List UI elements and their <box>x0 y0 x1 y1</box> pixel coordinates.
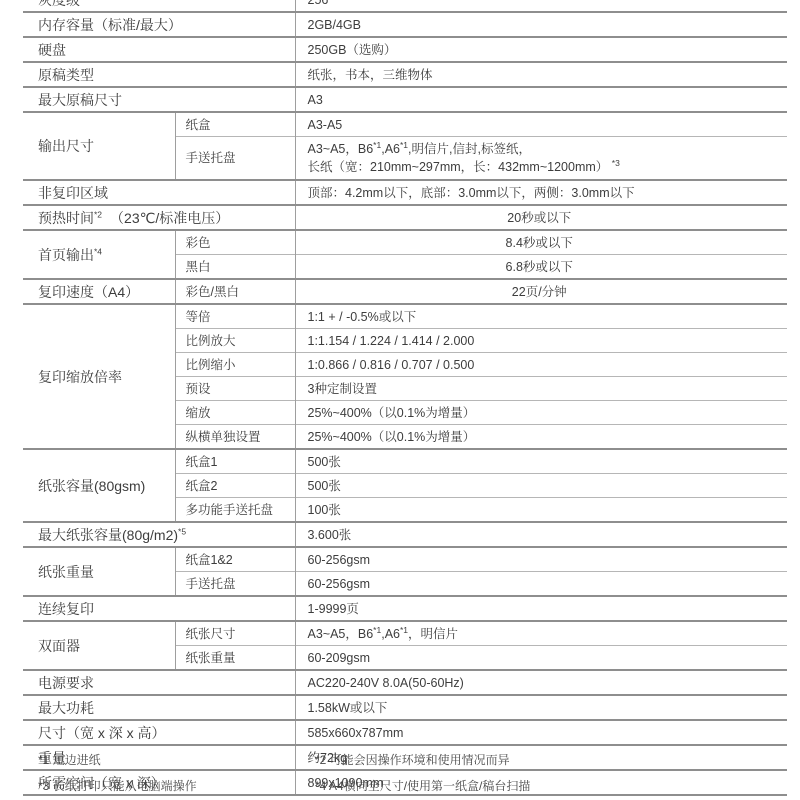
footnote: *3 长纸打印只能从电脑端操作 <box>38 779 315 793</box>
row-value: 1-9999页 <box>295 596 787 621</box>
table-row: 复印缩放倍率 等倍 1:1 + / -0.5%或以下 <box>23 304 787 329</box>
superscript: *1 <box>373 140 381 150</box>
superscript: *3 <box>612 158 620 168</box>
value-text: 长纸（宽：210mm~297mm，长：432mm~1200mm） <box>308 160 609 174</box>
row-value: 1:0.866 / 0.816 / 0.707 / 0.500 <box>295 353 787 377</box>
table-row: 最大原稿尺寸 A3 <box>23 87 787 112</box>
table-row: 最大功耗 1.58kW或以下 <box>23 695 787 720</box>
value-text: ,A6 <box>381 142 400 156</box>
footnotes: *1 短边进纸 *2 可能会因操作环境和使用情况而异 *3 长纸打印只能从电脑端… <box>38 753 768 793</box>
row-sublabel: 预设 <box>175 377 295 401</box>
row-value: 8.4秒或以下 <box>295 230 787 255</box>
row-value: A3 <box>295 87 787 112</box>
table-row: 纸张容量(80gsm) 纸盒1 500张 <box>23 449 787 474</box>
row-label: 首页输出*4 <box>23 230 175 279</box>
row-value: 585x660x787mm <box>295 720 787 745</box>
clipped-label: 灰度级 <box>38 0 291 11</box>
row-label: 连续复印 <box>23 596 295 621</box>
row-value: 顶部：4.2mm以下，底部：3.0mm以下，两侧：3.0mm以下 <box>295 180 787 205</box>
row-label: 最大功耗 <box>23 695 295 720</box>
row-label: 尺寸（宽 x 深 x 高） <box>23 720 295 745</box>
superscript: *4 <box>94 246 102 256</box>
footnote: *2 可能会因操作环境和使用情况而异 <box>315 753 768 767</box>
row-sublabel: 等倍 <box>175 304 295 329</box>
table-row: 非复印区域 顶部：4.2mm以下，底部：3.0mm以下，两侧：3.0mm以下 <box>23 180 787 205</box>
superscript: *1 <box>373 624 381 634</box>
table-row: 双面器 纸张尺寸 A3~A5，B6*1,A6*1，明信片 <box>23 621 787 646</box>
row-value: A3-A5 <box>295 112 787 137</box>
row-sublabel: 纸张重量 <box>175 646 295 671</box>
row-sublabel: 纸盒2 <box>175 474 295 498</box>
footnote: *1 短边进纸 <box>38 753 315 767</box>
row-sublabel: 缩放 <box>175 401 295 425</box>
row-value: 3种定制设置 <box>295 377 787 401</box>
row-value: 60-209gsm <box>295 646 787 671</box>
row-value: 100张 <box>295 498 787 523</box>
label-text: 首页输出 <box>38 247 94 263</box>
row-value: 纸张，书本，三维物体 <box>295 62 787 87</box>
row-value: AC220-240V 8.0A(50-60Hz) <box>295 670 787 695</box>
row-value: 500张 <box>295 449 787 474</box>
table-row: 尺寸（宽 x 深 x 高） 585x660x787mm <box>23 720 787 745</box>
row-value: A3~A5，B6*1,A6*1,明信片,信封,标签纸， 长纸（宽：210mm~2… <box>295 137 787 181</box>
row-value: A3~A5，B6*1,A6*1，明信片 <box>295 621 787 646</box>
clipped-value: 256 <box>308 0 784 11</box>
row-sublabel: 比例缩小 <box>175 353 295 377</box>
row-label: 内存容量（标准/最大） <box>23 12 295 37</box>
value-text: 256 <box>308 0 784 10</box>
value-line: A3~A5，B6*1,A6*1,明信片,信封,标签纸， <box>308 140 784 158</box>
table-row: 复印速度（A4） 彩色/黑白 22页/分钟 <box>23 279 787 304</box>
row-label: 复印速度（A4） <box>23 279 175 304</box>
row-label: 最大纸张容量(80g/m2)*5 <box>23 522 295 547</box>
value-text: ,明信片,信封,标签纸， <box>408 142 531 156</box>
row-sublabel: 手送托盘 <box>175 572 295 597</box>
table-row: 原稿类型 纸张，书本，三维物体 <box>23 62 787 87</box>
row-sublabel: 彩色/黑白 <box>175 279 295 304</box>
row-sublabel: 纵横单独设置 <box>175 425 295 450</box>
row-label: 复印缩放倍率 <box>23 304 175 449</box>
row-value: 20秒或以下 <box>295 205 787 230</box>
row-sublabel: 手送托盘 <box>175 137 295 181</box>
row-value: 60-256gsm <box>295 572 787 597</box>
label-text: 灰度级 <box>38 0 291 10</box>
table-row: 硬盘 250GB（选购） <box>23 37 787 62</box>
row-value: 500张 <box>295 474 787 498</box>
spec-table: 灰度级 256 内存容量（标准/最大） 2GB/4GB 硬盘 250GB（选购）… <box>23 0 787 796</box>
value-text: ,A6 <box>381 627 400 641</box>
row-value: 22页/分钟 <box>295 279 787 304</box>
row-label: 纸张重量 <box>23 547 175 596</box>
row-label: 双面器 <box>23 621 175 670</box>
row-label: 最大原稿尺寸 <box>23 87 295 112</box>
row-value: 25%~400%（以0.1%为增量） <box>295 401 787 425</box>
row-value: 25%~400%（以0.1%为增量） <box>295 425 787 450</box>
row-label: 输出尺寸 <box>23 112 175 180</box>
row-value: 1:1.154 / 1.224 / 1.414 / 2.000 <box>295 329 787 353</box>
row-sublabel: 彩色 <box>175 230 295 255</box>
row-sublabel: 纸盒 <box>175 112 295 137</box>
table-row: 首页输出*4 彩色 8.4秒或以下 <box>23 230 787 255</box>
label-text: （23℃/标准电压） <box>110 210 229 226</box>
value-text: A3~A5，B6 <box>308 627 374 641</box>
superscript: *5 <box>178 526 186 536</box>
row-value: 6.8秒或以下 <box>295 255 787 280</box>
table-row: 输出尺寸 纸盒 A3-A5 <box>23 112 787 137</box>
table-row: 纸张重量 纸盒1&2 60-256gsm <box>23 547 787 572</box>
label-text: 预热时间 <box>38 210 94 226</box>
superscript: *1 <box>400 140 408 150</box>
row-label: 原稿类型 <box>23 62 295 87</box>
table-row: 灰度级 256 <box>23 0 787 12</box>
table-row: 连续复印 1-9999页 <box>23 596 787 621</box>
row-sublabel: 比例放大 <box>175 329 295 353</box>
row-sublabel: 黑白 <box>175 255 295 280</box>
superscript: *1 <box>400 624 408 634</box>
row-value: 1:1 + / -0.5%或以下 <box>295 304 787 329</box>
table-row: 电源要求 AC220-240V 8.0A(50-60Hz) <box>23 670 787 695</box>
row-value: 3.600张 <box>295 522 787 547</box>
row-value: 1.58kW或以下 <box>295 695 787 720</box>
table-row: 最大纸张容量(80g/m2)*5 3.600张 <box>23 522 787 547</box>
row-sublabel: 纸张尺寸 <box>175 621 295 646</box>
superscript: *2 <box>94 209 102 219</box>
label-text: 最大纸张容量(80g/m2) <box>38 527 178 543</box>
row-label: 预热时间*2（23℃/标准电压） <box>23 205 295 230</box>
table-row: 内存容量（标准/最大） 2GB/4GB <box>23 12 787 37</box>
row-sublabel: 多功能手送托盘 <box>175 498 295 523</box>
row-label: 纸张容量(80gsm) <box>23 449 175 522</box>
row-value: 256 <box>295 0 787 12</box>
table-row: 预热时间*2（23℃/标准电压） 20秒或以下 <box>23 205 787 230</box>
value-text: ，明信片 <box>408 627 458 641</box>
row-sublabel: 纸盒1 <box>175 449 295 474</box>
row-sublabel: 纸盒1&2 <box>175 547 295 572</box>
footnote: *4 A4横向全尺寸/使用第一纸盒/稿台扫描 <box>315 779 768 793</box>
row-value: 60-256gsm <box>295 547 787 572</box>
value-line: 长纸（宽：210mm~297mm，长：432mm~1200mm） *3 <box>308 158 784 176</box>
value-text: A3~A5，B6 <box>308 142 374 156</box>
row-value: 250GB（选购） <box>295 37 787 62</box>
row-label: 灰度级 <box>23 0 295 12</box>
row-label: 电源要求 <box>23 670 295 695</box>
row-label: 非复印区域 <box>23 180 295 205</box>
row-label: 硬盘 <box>23 37 295 62</box>
row-value: 2GB/4GB <box>295 12 787 37</box>
